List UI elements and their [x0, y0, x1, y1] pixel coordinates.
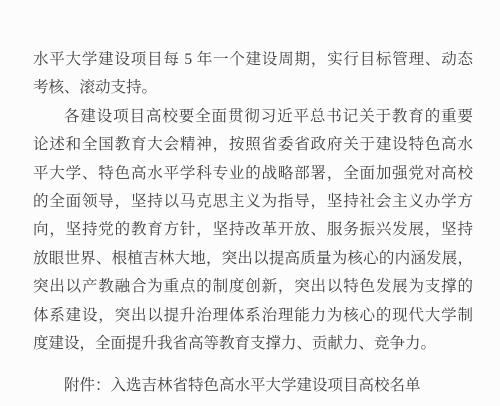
- document-line: 度建设，全面提升我省高等教育支撑力、贡献力、竞争力。: [33, 330, 473, 358]
- attachment-line: 附件：入选吉林省特色高水平大学建设项目高校名单: [33, 372, 473, 400]
- document-line: 平大学、特色高水平学科专业的战略部署，全面加强党对高校: [33, 160, 473, 188]
- document-line: 体系建设，突出以提升治理体系治理能力为核心的现代大学制: [33, 302, 473, 330]
- document-line: 各建设项目高校要全面贯彻习近平总书记关于教育的重要: [33, 103, 473, 131]
- document-line: 突出以产教融合为重点的制度创新，突出以特色发展为支撑的: [33, 273, 473, 301]
- document-line: 水平大学建设项目每 5 年一个建设周期，实行目标管理、动态: [33, 46, 473, 74]
- document-line: 论述和全国教育大会精神，按照省委省政府关于建设特色高水: [33, 131, 473, 159]
- document-page: 水平大学建设项目每 5 年一个建设周期，实行目标管理、动态 考核、滚动支持。 各…: [0, 0, 500, 406]
- document-line: 的全面领导，坚持以马克思主义为指导，坚持社会主义办学方: [33, 188, 473, 216]
- document-line: 放眼世界、根植吉林大地，突出以提高质量为核心的内涵发展，: [33, 245, 473, 273]
- document-text-block: 水平大学建设项目每 5 年一个建设周期，实行目标管理、动态 考核、滚动支持。 各…: [0, 0, 500, 401]
- document-line: 考核、滚动支持。: [33, 74, 473, 102]
- document-line: 向，坚持党的教育方针，坚持改革开放、服务振兴发展，坚持: [33, 216, 473, 244]
